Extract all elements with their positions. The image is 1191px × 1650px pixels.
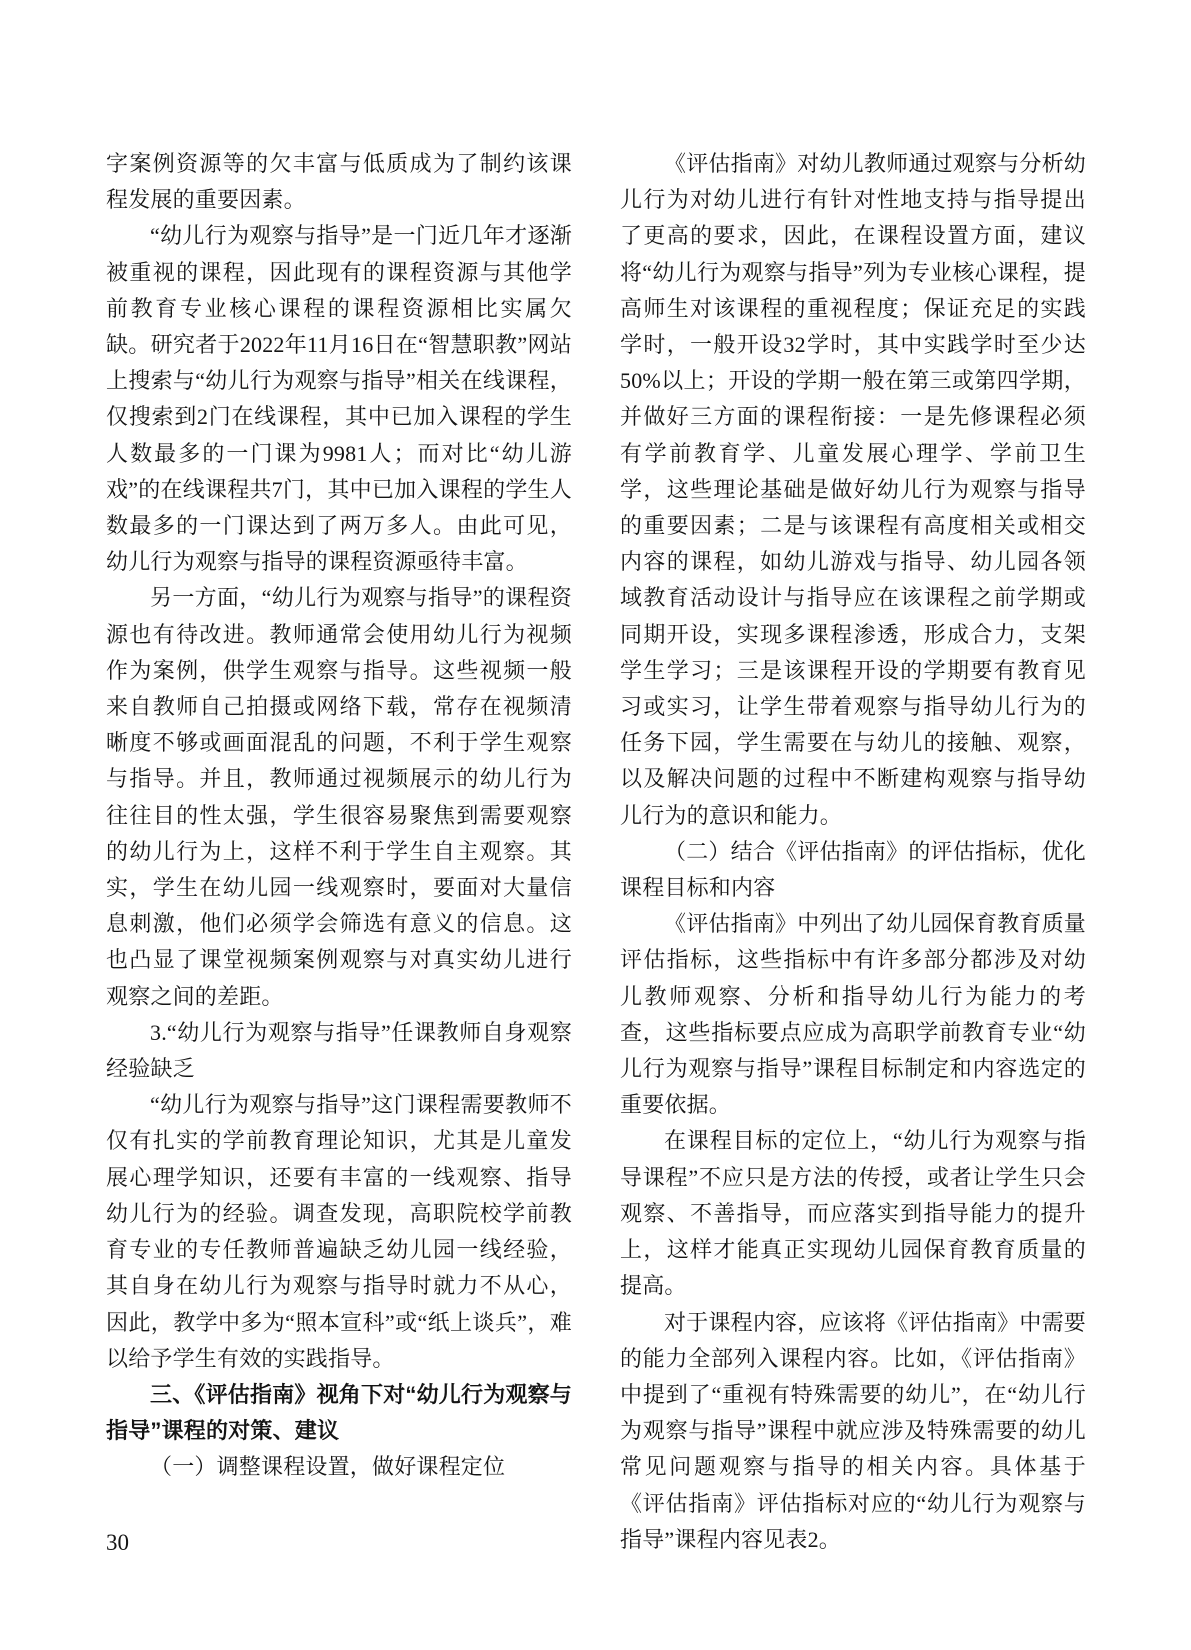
paragraph: 《评估指南》中列出了幼儿园保育教育质量评估指标，这些指标中有许多部分都涉及对幼儿… bbox=[620, 906, 1086, 1123]
right-text-column: 《评估指南》对幼儿教师通过观察与分析幼儿行为对幼儿进行有针对性地支持与指导提出了… bbox=[620, 146, 1086, 1558]
paper-page: 字案例资源等的欠丰富与低质成为了制约该课程发展的重要因素。“幼儿行为观察与指导”… bbox=[0, 0, 1191, 1650]
paragraph: 3.“幼儿行为观察与指导”任课教师自身观察经验缺乏 bbox=[106, 1015, 572, 1087]
paragraph: 在课程目标的定位上，“幼儿行为观察与指导课程”不应只是方法的传授，或者让学生只会… bbox=[620, 1123, 1086, 1304]
paragraph: （一）调整课程设置，做好课程定位 bbox=[106, 1449, 572, 1485]
paragraph: 字案例资源等的欠丰富与低质成为了制约该课程发展的重要因素。 bbox=[106, 146, 572, 218]
section-heading: 三、《评估指南》视角下对“幼儿行为观察与指导”课程的对策、建议 bbox=[106, 1377, 572, 1449]
paragraph: “幼儿行为观察与指导”是一门近几年才逐渐被重视的课程，因此现有的课程资源与其他学… bbox=[106, 218, 572, 580]
page-number: 30 bbox=[106, 1528, 129, 1558]
left-text-column: 字案例资源等的欠丰富与低质成为了制约该课程发展的重要因素。“幼儿行为观察与指导”… bbox=[106, 146, 572, 1486]
paragraph: 《评估指南》对幼儿教师通过观察与分析幼儿行为对幼儿进行有针对性地支持与指导提出了… bbox=[620, 146, 1086, 834]
paragraph: “幼儿行为观察与指导”这门课程需要教师不仅有扎实的学前教育理论知识，尤其是儿童发… bbox=[106, 1087, 572, 1377]
paragraph: （二）结合《评估指南》的评估指标，优化课程目标和内容 bbox=[620, 834, 1086, 906]
paragraph: 对于课程内容，应该将《评估指南》中需要的能力全部列入课程内容。比如，《评估指南》… bbox=[620, 1305, 1086, 1558]
paragraph: 另一方面，“幼儿行为观察与指导”的课程资源也有待改进。教师通常会使用幼儿行为视频… bbox=[106, 580, 572, 1014]
